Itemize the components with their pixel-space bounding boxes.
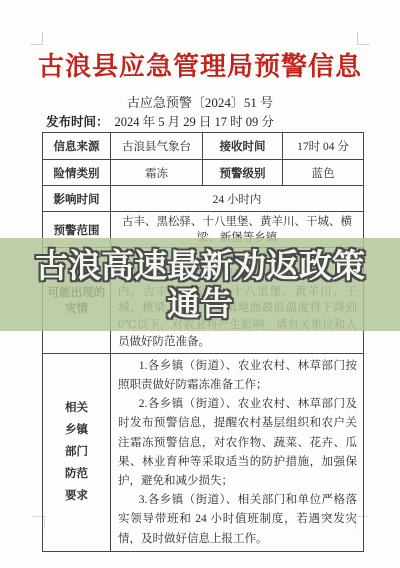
info-source-label: 信息来源	[43, 133, 111, 160]
overlay-title-line1: 古浪高速最新劝返政策	[35, 247, 365, 285]
danger-type-value: 霜冻	[111, 160, 203, 186]
table-row: 险情类别 霜冻 预警级别 蓝色	[43, 160, 364, 186]
overlay-banner: 古浪高速最新劝返政策 通告	[0, 238, 400, 331]
danger-type-label: 险情类别	[43, 160, 111, 186]
page-margin-mark-top-right	[357, 32, 370, 45]
table-row: 影响时间 24 小时内	[43, 186, 364, 212]
table-row: 相关乡镇部门防范要求 1.各乡镇（街道）、农业农村、林草部门按照职责做好防霜冻准…	[43, 353, 364, 551]
receive-time-label: 接收时间	[203, 133, 283, 160]
overlay-title-line2: 通告	[167, 285, 233, 323]
publish-time-value: 2024 年 5 月 29 日 17 时 09 分	[115, 115, 274, 129]
prevention-require-value: 1.各乡镇（街道）、农业农村、林草部门按照职责做好防霜冻准备工作； 2.各乡镇（…	[111, 353, 364, 551]
publish-time-label: 发布时间：	[46, 115, 109, 129]
table-row: 信息来源 古浪县气象台 接收时间 17时 04 分	[43, 133, 364, 160]
info-source-value: 古浪县气象台	[111, 133, 203, 160]
impact-time-label: 影响时间	[43, 186, 111, 212]
receive-time-value: 17时 04 分	[283, 133, 364, 160]
prevention-require-label: 相关乡镇部门防范要求	[43, 353, 111, 551]
document-page: 古浪县应急管理局预警信息 古应急预警〔2024〕51 号 发布时间：2024 年…	[0, 0, 400, 568]
prevention-item-2: 2.各乡镇（街道）、农业农村、林草部门及时发布预警信息，提醒农村基层组织和农户关…	[118, 395, 357, 491]
page-margin-mark-top-left	[30, 32, 43, 45]
prevention-item-3: 3.各乡镇（街道）、相关部门和单位严格落实领导带班和 24 小时值班制度，若遇突…	[118, 491, 357, 549]
warning-info-table: 信息来源 古浪县气象台 接收时间 17时 04 分 险情类别 霜冻 预警级别 蓝…	[42, 132, 364, 552]
warning-level-label: 预警级别	[203, 160, 283, 186]
prevention-require-label-text: 相关乡镇部门防范要求	[63, 397, 90, 507]
prevention-item-1: 1.各乡镇（街道）、农业农村、林草部门按照职责做好防霜冻准备工作；	[118, 357, 357, 395]
publish-time: 发布时间：2024 年 5 月 29 日 17 时 09 分	[46, 112, 274, 130]
page-title: 古浪县应急管理局预警信息	[0, 46, 400, 83]
doc-number: 古应急预警〔2024〕51 号	[0, 92, 400, 111]
warning-level-value: 蓝色	[283, 160, 364, 186]
impact-time-value: 24 小时内	[111, 186, 364, 212]
